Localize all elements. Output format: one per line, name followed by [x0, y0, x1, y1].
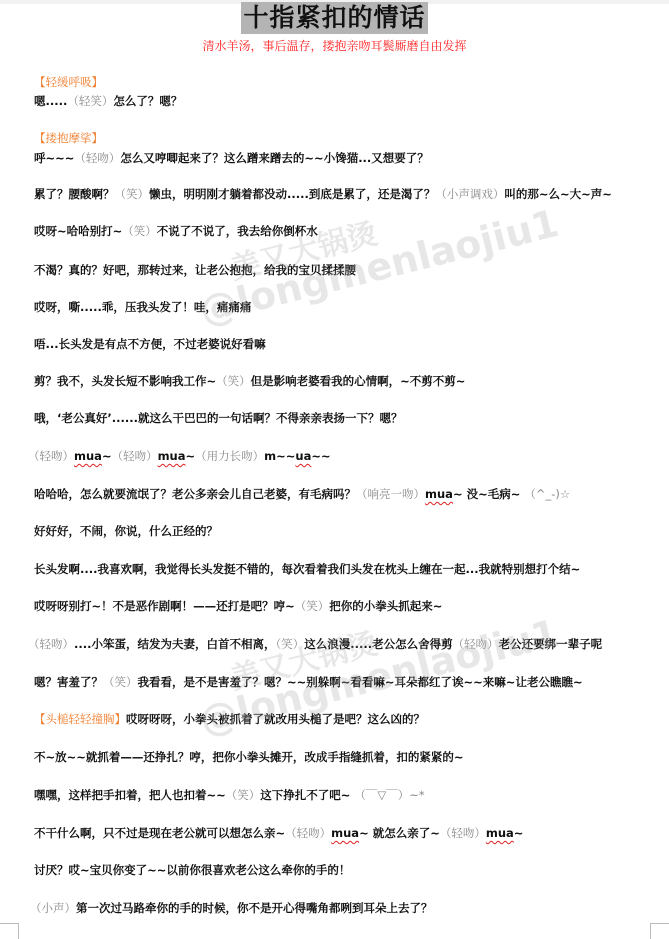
stage-direction: （￣▽￣）~* — [354, 788, 424, 802]
stage-direction: （笑） — [295, 599, 330, 613]
stage-direction: （轻吻） — [112, 449, 158, 463]
dialogue-line: 长头发啊....我喜欢啊，我觉得长头发挺不错的，每次看着我们头发在枕头上缠在一起… — [34, 561, 580, 577]
stage-direction: （轻笑） — [67, 94, 113, 108]
dialogue-text: 唔...长头发是有点不方便，不过老婆说好看嘛 — [34, 337, 266, 351]
dialogue-text: 懒虫，明明刚才躺着都没动.....到底是累了，还是渴了？ — [149, 187, 435, 201]
dialogue-text: 这下挣扎不了吧~ — [260, 788, 354, 802]
dialogue-text: 哎呀，嘶.....乖，压我头发了！哇，痛痛痛 — [34, 300, 251, 314]
dialogue-text: 哦，‘老公真好’......就这么干巴巴的一句话啊？不得亲亲表扬一下？嗯？ — [34, 411, 402, 425]
kiss-sound: mua — [425, 487, 453, 501]
dialogue-line: 累了？腰酸啊？（笑）懒虫，明明刚才躺着都没动.....到底是累了，还是渴了？（小… — [34, 186, 612, 202]
kiss-sound: ua — [295, 449, 311, 463]
kiss-sound: mua — [486, 826, 514, 840]
dialogue-text: 我看看，是不是害羞了？嗯？~~别躲啊~看看嘛~耳朵都红了诶~~来嘛~让老公瞧瞧~ — [138, 675, 583, 689]
dialogue-text: m~~ — [264, 449, 295, 463]
dialogue-text: 不干什么啊，只不过是现在老公就可以想怎么亲~ — [34, 826, 285, 840]
dialogue-text: 叫的那~么~大~声~ — [504, 187, 612, 201]
dialogue-text: 不说了不说了，我去给你倒杯水 — [157, 224, 318, 238]
dialogue-text: 呼~~~ — [34, 151, 74, 165]
stage-direction: （笑） — [226, 788, 261, 802]
dialogue-text: 累了？腰酸啊？ — [34, 187, 115, 201]
dialogue-text: 哈哈哈，怎么就要流氓了？老公多亲会儿自己老婆，有毛病吗？ — [34, 487, 356, 501]
section-heading: 【搂抱摩挲】 — [34, 131, 103, 145]
dialogue-line: 嘿嘿，这样把手扣着，把人也扣着~~（笑）这下挣扎不了吧~ （￣▽￣）~* — [34, 787, 425, 803]
kiss-sound: mua — [74, 449, 102, 463]
page-corner-mark-right — [650, 923, 669, 939]
stage-direction: （轻吻） — [28, 637, 74, 651]
dialogue-line: 不~放~~就抓着——还挣扎？哼，把你小拳头摊开，改成手指缝抓着，扣的紧紧的~ — [34, 749, 464, 765]
dialogue-text: ~ 就怎么亲了~ — [359, 826, 440, 840]
dialogue-text: 嗯..... — [34, 94, 67, 108]
dialogue-line: 哦，‘老公真好’......就这么干巴巴的一句话啊？不得亲亲表扬一下？嗯？ — [34, 410, 402, 426]
document-subtitle: 清水羊汤，事后温存，搂抱亲吻耳鬓厮磨自由发挥 — [0, 37, 669, 54]
stage-direction: （响亮一吻） — [356, 487, 425, 501]
stage-direction: （笑） — [216, 374, 251, 388]
dialogue-text: ~ — [102, 449, 112, 463]
stage-direction: （轻吻） — [440, 826, 486, 840]
dialogue-line: （轻吻）....小笨蛋，结发为夫妻，白首不相离，（笑）这么浪漫.....老公怎么… — [28, 636, 602, 652]
dialogue-text: 好好好，不闹，你说，什么正经的？ — [34, 524, 218, 538]
dialogue-text: ~~ — [311, 449, 330, 463]
dialogue-text: 把你的小拳头抓起来~ — [329, 599, 442, 613]
dialogue-text: 怎么了？嗯？ — [113, 94, 182, 108]
dialogue-line: 哎呀~哈哈别打~（笑）不说了不说了，我去给你倒杯水 — [34, 223, 318, 239]
dialogue-line: 唔...长头发是有点不方便，不过老婆说好看嘛 — [34, 336, 266, 352]
dialogue-line: 呼~~~（轻吻）怎么又哼唧起来了？这么蹭来蹭去的~~小馋猫...又想要了？ — [34, 150, 429, 166]
dialogue-line: 【搂抱摩挲】 — [34, 130, 103, 146]
stage-direction: （用力长吻） — [195, 449, 264, 463]
dialogue-line: 讨厌？哎~宝贝你变了~~以前你很喜欢老公这么牵你的手的！ — [34, 862, 350, 878]
dialogue-text: 嗯？害羞了？ — [34, 675, 103, 689]
kiss-sound: mua — [331, 826, 359, 840]
dialogue-line: 不干什么啊，只不过是现在老公就可以想怎么亲~（轻吻）mua~ 就怎么亲了~（轻吻… — [34, 825, 523, 841]
stage-direction: （轻吻） — [453, 637, 499, 651]
dialogue-text: 讨厌？哎~宝贝你变了~~以前你很喜欢老公这么牵你的手的！ — [34, 863, 350, 877]
dialogue-text: 第一次过马路牵你的手的时候，你不是开心得嘴角都咧到耳朵上去了？ — [76, 901, 433, 915]
dialogue-line: 好好好，不闹，你说，什么正经的？ — [34, 523, 218, 539]
section-heading: 【轻缓呼吸】 — [34, 75, 103, 89]
dialogue-text: 长头发啊....我喜欢啊，我觉得长头发挺不错的，每次看着我们头发在枕头上缠在一起… — [34, 562, 580, 576]
dialogue-line: 哈哈哈，怎么就要流氓了？老公多亲会儿自己老婆，有毛病吗？（响亮一吻）mua~ 没… — [34, 486, 570, 502]
dialogue-text: ~ — [514, 826, 524, 840]
dialogue-line: 嗯？害羞了？（笑）我看看，是不是害羞了？嗯？~~别躲啊~看看嘛~耳朵都红了诶~~… — [34, 674, 583, 690]
dialogue-line: 不渴？真的？好吧，那转过来，让老公抱抱，给我的宝贝揉揉腰 — [34, 262, 356, 278]
dialogue-line: 哎呀呀别打~！不是恶作剧啊！——还打是吧？哼~（笑）把你的小拳头抓起来~ — [34, 598, 442, 614]
dialogue-line: 剪？我不，头发长短不影响我工作~（笑）但是影响老婆看我的心情啊，~不剪不剪~ — [34, 373, 465, 389]
dialogue-text: 不~放~~就抓着——还挣扎？哼，把你小拳头摊开，改成手指缝抓着，扣的紧紧的~ — [34, 750, 464, 764]
dialogue-line: 【头槌轻轻撞胸】哎呀呀呀，小拳头被抓着了就改用头槌了是吧？这么凶的？ — [34, 711, 425, 727]
dialogue-text: 哎呀~哈哈别打~ — [34, 224, 122, 238]
stage-direction: （笑） — [115, 187, 150, 201]
stage-direction: （笑） — [275, 637, 304, 651]
dialogue-text: 怎么又哼唧起来了？这么蹭来蹭去的~~小馋猫...又想要了？ — [120, 151, 428, 165]
stage-direction: （小声） — [30, 901, 76, 915]
dialogue-text: 这么浪漫.....老公怎么舍得剪 — [304, 637, 452, 651]
dialogue-line: （小声）第一次过马路牵你的手的时候，你不是开心得嘴角都咧到耳朵上去了？ — [30, 900, 433, 916]
dialogue-text: 剪？我不，头发长短不影响我工作~ — [34, 374, 216, 388]
dialogue-text: 嘿嘿，这样把手扣着，把人也扣着~~ — [34, 788, 226, 802]
kiss-sound: mua — [158, 449, 186, 463]
dialogue-text: ~ — [186, 449, 196, 463]
stage-direction: （轻吻） — [28, 449, 74, 463]
dialogue-text: 老公还要绑一辈子呢 — [499, 637, 603, 651]
page-corner-mark-left — [0, 923, 19, 939]
dialogue-text: 哎呀呀呀，小拳头被抓着了就改用头槌了是吧？这么凶的？ — [126, 712, 425, 726]
stage-direction: （^_-)☆ — [524, 487, 570, 501]
dialogue-line: （轻吻）mua~（轻吻）mua~（用力长吻）m~~ua~~ — [28, 448, 331, 464]
title-container: 十指紧扣的情话 — [0, 2, 669, 34]
dialogue-text: ....小笨蛋，结发为夫妻，白首不相离， — [74, 637, 275, 651]
stage-direction: （笑） — [103, 675, 138, 689]
dialogue-line: 哎呀，嘶.....乖，压我头发了！哇，痛痛痛 — [34, 299, 251, 315]
dialogue-text: 但是影响老婆看我的心情啊，~不剪不剪~ — [251, 374, 466, 388]
dialogue-line: 嗯.....（轻笑）怎么了？嗯？ — [34, 93, 182, 109]
stage-direction: （笑） — [122, 224, 157, 238]
dialogue-text: 哎呀呀别打~！不是恶作剧啊！——还打是吧？哼~ — [34, 599, 295, 613]
dialogue-line: 【轻缓呼吸】 — [34, 74, 103, 90]
stage-direction: （小声调戏） — [435, 187, 504, 201]
section-heading: 【头槌轻轻撞胸】 — [34, 712, 126, 726]
stage-direction: （轻吻） — [74, 151, 120, 165]
document-title: 十指紧扣的情话 — [241, 2, 427, 34]
dialogue-text: ~ 没~毛病~ — [453, 487, 524, 501]
stage-direction: （轻吻） — [285, 826, 331, 840]
dialogue-text: 不渴？真的？好吧，那转过来，让老公抱抱，给我的宝贝揉揉腰 — [34, 263, 356, 277]
